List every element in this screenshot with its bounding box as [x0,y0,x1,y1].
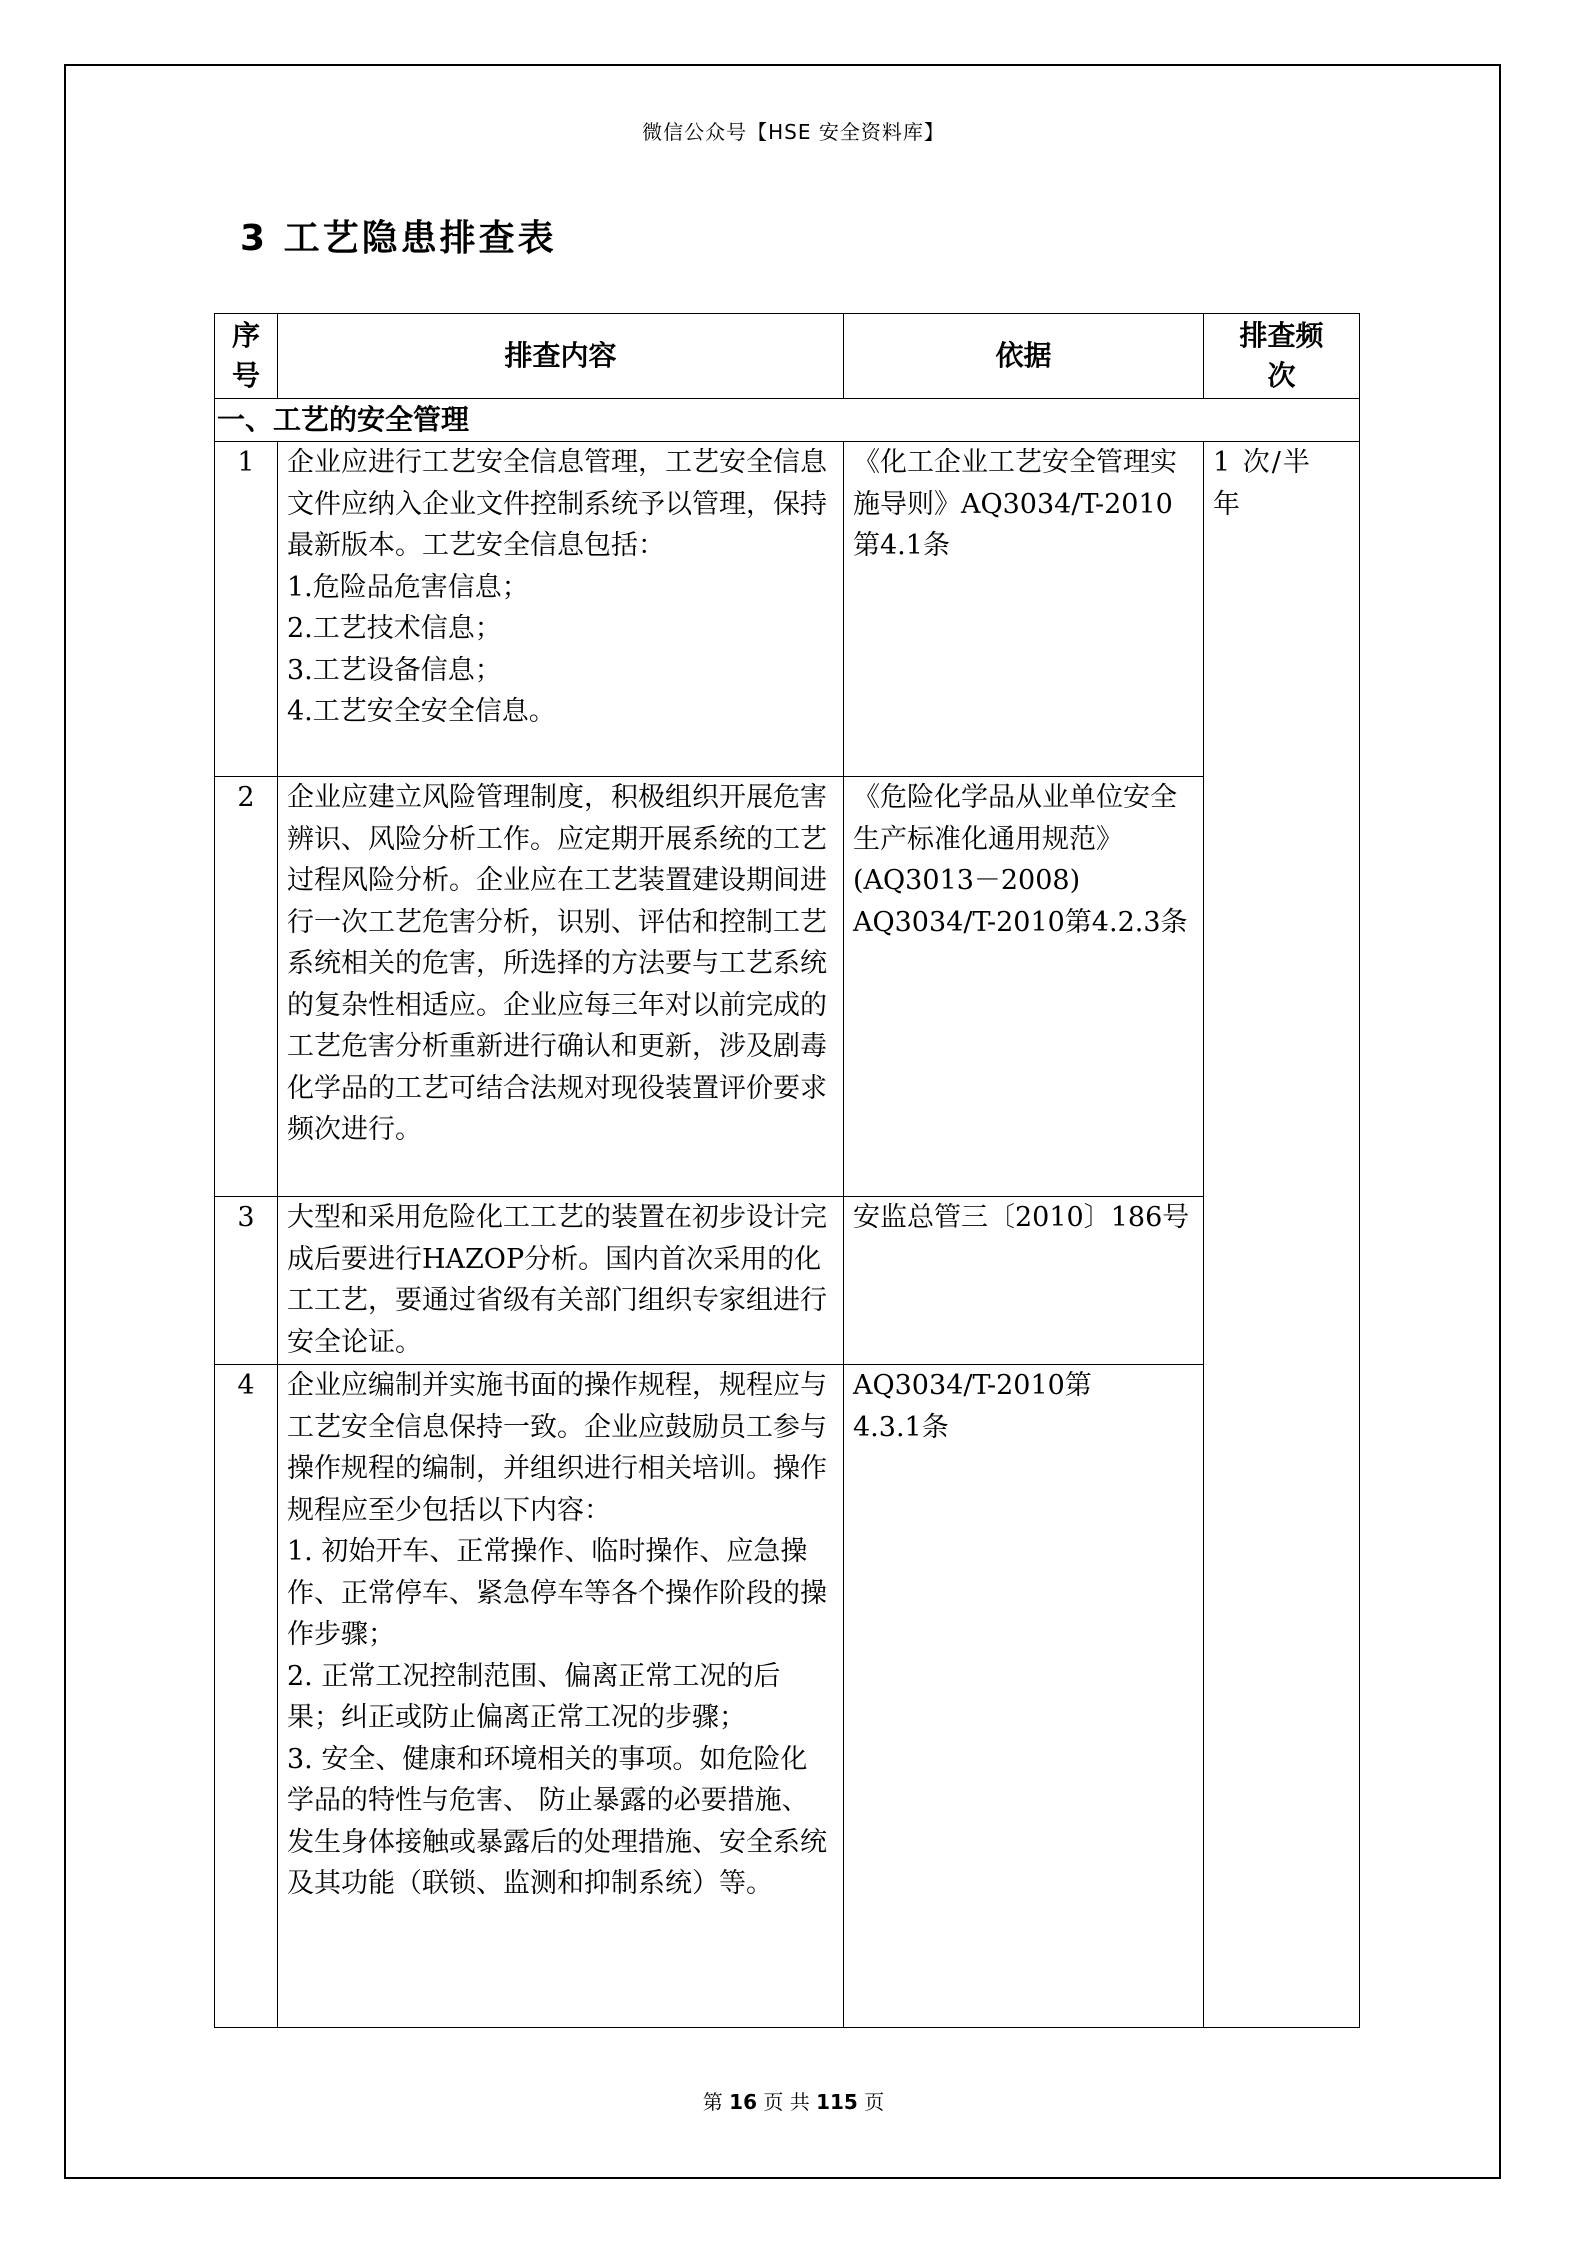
table-header-row: 序 号 排查内容 依据 排查频 次 [215,314,1360,399]
hazard-checklist-table: 序 号 排查内容 依据 排查频 次 一、工艺的安全管理 1 企业应进行工艺安全信… [214,313,1360,2028]
row-basis: 安监总管三〔2010〕186号 [844,1197,1204,1365]
row-content: 大型和采用危险化工工艺的装置在初步设计完成后要进行HAZOP分析。国内首次采用的… [278,1197,844,1365]
header-note: 微信公众号【HSE 安全资料库】 [0,116,1587,145]
footer-middle: 页 共 [763,2090,809,2114]
table-row: 3 大型和采用危险化工工艺的装置在初步设计完成后要进行HAZOP分析。国内首次采… [215,1197,1360,1365]
footer-suffix: 页 [864,2090,884,2114]
row-content: 企业应进行工艺安全信息管理，工艺安全信息文件应纳入企业文件控制系统予以管理，保持… [278,442,844,777]
row-frequency: 1 次/半 年 [1204,442,1360,2028]
footer-prefix: 第 [703,2090,723,2114]
row-content: 企业应建立风险管理制度，积极组织开展危害辨识、风险分析工作。应定期开展系统的工艺… [278,777,844,1197]
current-page-number: 16 [729,2090,757,2114]
page-title: 3 工艺隐患排查表 [240,210,557,261]
column-header-frequency: 排查频 次 [1204,314,1360,399]
row-index: 3 [215,1197,278,1365]
row-content: 企业应编制并实施书面的操作规程，规程应与工艺安全信息保持一致。企业应鼓励员工参与… [278,1365,844,2028]
row-basis: 《化工企业工艺安全管理实施导则》AQ3034/T-2010第4.1条 [844,442,1204,777]
table-row: 1 企业应进行工艺安全信息管理，工艺安全信息文件应纳入企业文件控制系统予以管理，… [215,442,1360,777]
table-row: 4 企业应编制并实施书面的操作规程，规程应与工艺安全信息保持一致。企业应鼓励员工… [215,1365,1360,2028]
section-row: 一、工艺的安全管理 [215,399,1360,442]
page-footer: 第 16 页 共 115 页 [0,2086,1587,2115]
row-index: 4 [215,1365,278,2028]
row-index: 1 [215,442,278,777]
section-title: 一、工艺的安全管理 [215,399,1360,442]
row-index: 2 [215,777,278,1197]
column-header-index: 序 号 [215,314,278,399]
row-basis: AQ3034/T-2010第 4.3.1条 [844,1365,1204,2028]
column-header-basis: 依据 [844,314,1204,399]
row-basis: 《危险化学品从业单位安全生产标准化通用规范》(AQ3013－2008) AQ30… [844,777,1204,1197]
column-header-content: 排查内容 [278,314,844,399]
total-page-count: 115 [816,2090,858,2114]
table-row: 2 企业应建立风险管理制度，积极组织开展危害辨识、风险分析工作。应定期开展系统的… [215,777,1360,1197]
